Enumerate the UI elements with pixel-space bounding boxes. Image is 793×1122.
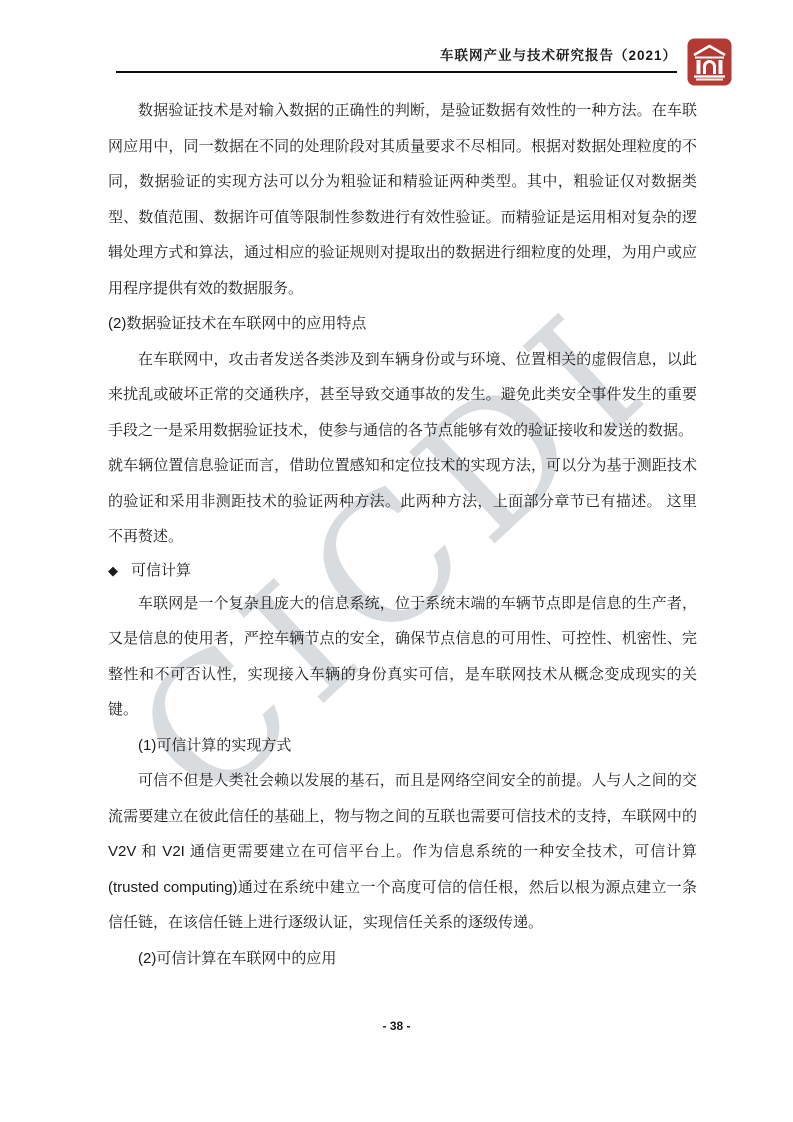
paragraph-trusted-detail: 可信不但是人类社会赖以发展的基石，而且是网络空间安全的前提。人与人之间的交流需要… [108, 763, 697, 941]
heading-trusted-implementation: (1)可信计算的实现方式 [108, 728, 697, 764]
header-title: 车联网产业与技术研究报告（2021） [116, 44, 677, 64]
report-page: CICDI 车联网产业与技术研究报告（2021） 数据验证技术是对输入数据的正确… [0, 0, 793, 1122]
temple-logo [687, 38, 732, 86]
heading-data-validation-application: (2)数据验证技术在车联网中的应用特点 [108, 306, 697, 342]
bullet-item-label: 可信计算 [131, 562, 191, 579]
paragraph-position-verification: 就车辆位置信息验证而言，借助位置感知和定位技术的实现方法，可以分为基于测距技术的… [108, 448, 697, 555]
paragraph-attack: 在车联网中，攻击者发送各类涉及到车辆身份或与环境、位置相关的虚假信息，以此来扰乱… [108, 342, 697, 449]
page-number: - 38 - [382, 1019, 410, 1033]
header-divider [116, 71, 677, 73]
diamond-bullet-icon: ◆ [108, 555, 118, 586]
heading-trusted-application: (2)可信计算在车联网中的应用 [108, 941, 697, 977]
paragraph-trusted-intro: 车联网是一个复杂且庞大的信息系统，位于系统末端的车辆节点即是信息的生产者，又是信… [108, 586, 697, 728]
bullet-item-trusted-computing: ◆可信计算 [108, 555, 697, 586]
document-body: 数据验证技术是对输入数据的正确性的判断，是验证数据有效性的一种方法。在车联网应用… [108, 93, 697, 976]
page-footer: - 38 - [0, 1019, 793, 1033]
temple-logo-icon [687, 38, 732, 86]
paragraph-data-validation: 数据验证技术是对输入数据的正确性的判断，是验证数据有效性的一种方法。在车联网应用… [108, 93, 697, 306]
